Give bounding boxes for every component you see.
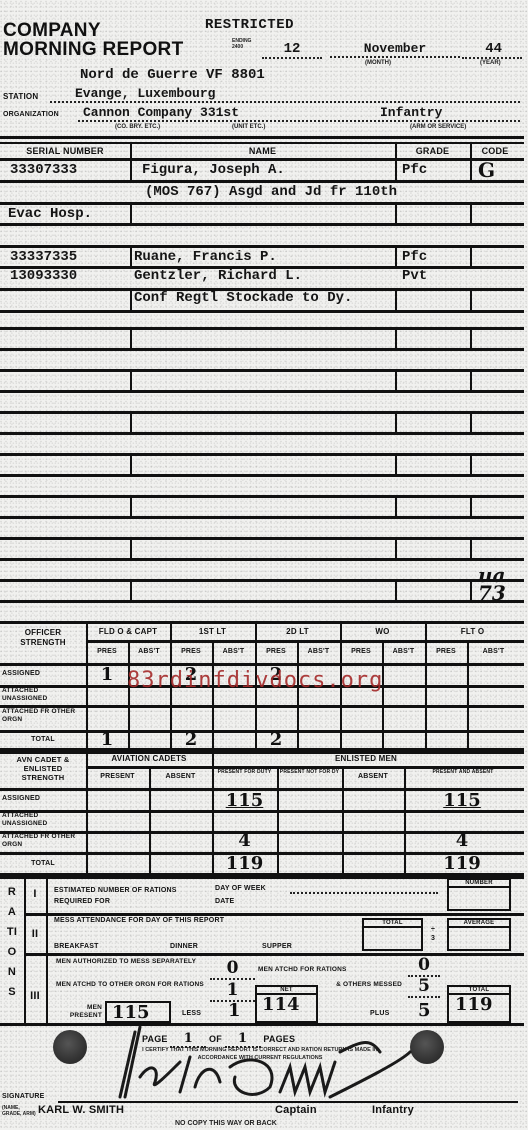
roster-grade: Pfc: [402, 249, 427, 265]
men-present-box: 115: [105, 1001, 171, 1023]
enlisted-attached-other-present-absent: 4: [404, 830, 520, 851]
officer-sub-pres: PRES: [340, 648, 382, 655]
officer-sub-pres: PRES: [425, 648, 467, 655]
roster-grade: Pfc: [402, 162, 427, 178]
men-present-label: MEN PRESENT: [54, 1004, 102, 1020]
watermark: 83rdinfdivdocs.org: [127, 668, 383, 693]
average-label: AVERAGE: [449, 920, 509, 928]
roster-serial: 33337335: [10, 249, 77, 265]
day-of-week-field[interactable]: [290, 886, 438, 894]
column-header-grade: GRADE: [395, 146, 470, 156]
plus-label: PLUS: [370, 1010, 389, 1017]
attached-other-orgn-value: 1: [210, 980, 255, 1002]
roster-serial: 33307333: [10, 162, 77, 178]
roster-name: Figura, Joseph A.: [142, 162, 285, 178]
enlisted-col-absent: ABSENT: [149, 773, 212, 780]
others-messed-value: 5: [408, 976, 440, 998]
officer-sub-abst: ABS'T: [467, 648, 520, 655]
org-sublabel-company: (CO. BRY. ETC.): [115, 124, 160, 130]
column-header-code: CODE: [470, 146, 520, 156]
enlisted-col-present-and-absent: PRESENT AND ABSENT: [406, 769, 520, 776]
organization-unit: Cannon Company 331st: [83, 105, 239, 120]
net-value: 114: [257, 995, 316, 1015]
officer-assigned-fld-pres: 1: [86, 664, 128, 685]
enlisted-col-present-duty: PRESENT FOR DUTY: [214, 769, 275, 776]
roster-grade: Pvt: [402, 268, 427, 284]
date-label: DATE: [215, 898, 234, 905]
rations-total-value: 119: [449, 995, 509, 1015]
signer-grade: Captain: [275, 1104, 317, 1116]
roster-serial: 13093330: [10, 268, 77, 284]
organization-value: Cannon Company 331st Infantry: [78, 105, 520, 122]
margin-annotation: ua 73: [478, 566, 528, 602]
date-day: 12: [262, 41, 322, 59]
authorized-separately-label: MEN AUTHORIZED TO MESS SEPARATELY: [56, 957, 206, 966]
net-box: NET 114: [255, 985, 318, 1023]
officer-total-2dlt-pres: 2: [255, 729, 297, 750]
officer-group-fld-capt: FLD O & CAPT: [86, 627, 170, 636]
others-messed-label: & OTHERS MESSED: [332, 980, 402, 989]
date-year: 44: [462, 41, 522, 59]
officer-strength-title: OFFICER STRENGTH: [4, 628, 82, 648]
rations-side-label: RATIONS: [6, 882, 18, 1002]
day-of-week-label: DAY OF WEEK: [215, 885, 266, 892]
roster-name: Ruane, Francis P.: [134, 249, 277, 265]
signature-label: SIGNATURE: [2, 1093, 45, 1100]
signature-scrawl: [80, 1022, 420, 1102]
rations-numeral-iii: III: [24, 990, 46, 1002]
men-present-value: 115: [107, 1003, 169, 1023]
column-header-serial: SERIAL NUMBER: [0, 146, 130, 156]
organization-label: ORGANIZATION: [3, 111, 59, 118]
form-title-morning-report: MORNING REPORT: [3, 40, 183, 59]
officer-sub-pres: PRES: [86, 648, 128, 655]
enlisted-row-attached-unassigned: ATTACHED UNASSIGNED: [2, 812, 82, 828]
officer-group-flt-o: FLT O: [425, 627, 520, 636]
officer-row-attached-unassigned: ATTACHED UNASSIGNED: [2, 687, 82, 703]
officer-sub-pres: PRES: [255, 648, 297, 655]
plus-value: 5: [418, 1000, 431, 1021]
signature-sublabel: (NAME, GRADE, ARM): [2, 1105, 38, 1117]
enlisted-assigned-present-absent: 115: [404, 790, 520, 811]
rations-numeral-ii: II: [24, 928, 46, 940]
number-box-label: NUMBER: [449, 880, 509, 888]
officer-row-assigned: ASSIGNED: [2, 670, 40, 677]
authorized-separately-value: 0: [210, 958, 255, 980]
meal-breakfast: BREAKFAST: [54, 943, 99, 950]
enlisted-attached-other-present-duty: 4: [212, 830, 277, 851]
enlisted-men-group: ENLISTED MEN: [212, 754, 520, 763]
date-year-sublabel: (YEAR): [480, 60, 501, 66]
attached-other-orgn-label: MEN ATCHD TO OTHER ORGN FOR RATIONS: [56, 980, 206, 989]
aviation-cadets-group: AVIATION CADETS: [86, 754, 212, 763]
enlisted-row-assigned: ASSIGNED: [2, 795, 40, 802]
enlisted-col-present-not-duty: PRESENT NOT FOR DY: [279, 769, 340, 776]
officer-sub-abst: ABS'T: [382, 648, 425, 655]
enlisted-total-present-absent: 119: [404, 853, 520, 874]
classification-stamp: RESTRICTED: [205, 17, 294, 33]
signer-arm: Infantry: [372, 1104, 414, 1116]
mess-total-label: TOTAL: [364, 920, 421, 928]
enlisted-assigned-present-duty: 115: [212, 790, 277, 811]
officer-total-1stlt-pres: 2: [170, 729, 212, 750]
roster-remark: (MOS 767) Asgd and Jd fr 110th: [145, 184, 397, 200]
map-location: Nord de Guerre VF 8801: [80, 67, 265, 83]
roster-code: G: [478, 158, 495, 182]
officer-group-1st-lt: 1ST LT: [170, 627, 255, 636]
ending-label: ENDING 2400: [232, 38, 254, 50]
atchd-for-rations-label: MEN ATCHD FOR RATIONS: [258, 966, 347, 973]
mess-total-box: TOTAL: [362, 918, 423, 951]
enlisted-strength-title: AVN CADET & ENLISTED STRENGTH: [4, 755, 82, 782]
org-sublabel-arm: (ARM OR SERVICE): [410, 124, 466, 130]
rations-total-box: TOTAL 119: [447, 985, 511, 1023]
enlisted-col-absent: ABSENT: [342, 773, 404, 780]
officer-sub-abst: ABS'T: [128, 648, 170, 655]
meal-supper: SUPPER: [262, 943, 292, 950]
less-label: LESS: [182, 1010, 201, 1017]
station-value: Evange, Luxembourg: [50, 86, 520, 103]
officer-group-2d-lt: 2D LT: [255, 627, 340, 636]
signer-name: KARL W. SMITH: [38, 1104, 124, 1116]
number-box: NUMBER: [447, 878, 511, 911]
organization-arm: Infantry: [380, 105, 442, 120]
enlisted-row-attached-other: ATTACHED FR OTHER ORGN: [2, 833, 82, 849]
meal-dinner: DINNER: [170, 943, 198, 950]
mess-attendance-label: MESS ATTENDANCE FOR DAY OF THIS REPORT: [54, 917, 224, 924]
average-box: AVERAGE: [447, 918, 511, 951]
column-header-name: NAME: [130, 146, 395, 156]
bottom-note: NO COPY THIS WAY OR BACK: [175, 1120, 277, 1127]
less-value: 1: [228, 1000, 241, 1021]
officer-sub-pres: PRES: [170, 648, 212, 655]
rations-numeral-i: I: [24, 888, 46, 900]
station-label: STATION: [3, 92, 38, 101]
atchd-for-rations-value: 0: [408, 955, 440, 977]
roster-remark-continued: Evac Hosp.: [8, 206, 92, 222]
roster-name: Gentzler, Richard L.: [134, 268, 302, 284]
officer-row-attached-other: ATTACHED FR OTHER ORGN: [2, 708, 82, 724]
date-month: November: [330, 41, 460, 58]
divide-by-three: ÷ 3: [428, 925, 438, 943]
enlisted-row-total: TOTAL: [0, 860, 86, 867]
officer-sub-abst: ABS'T: [297, 648, 340, 655]
officer-sub-abst: ABS'T: [212, 648, 255, 655]
org-sublabel-unit: (UNIT ETC.): [232, 124, 265, 130]
enlisted-total-present-duty: 119: [212, 853, 277, 874]
form-title-company: COMPANY: [3, 21, 101, 40]
officer-total-fld-pres: 1: [86, 729, 128, 750]
officer-group-wo: WO: [340, 627, 425, 636]
rations-required-label: ESTIMATED NUMBER OF RATIONS REQUIRED FOR: [54, 885, 194, 907]
date-month-sublabel: (MONTH): [365, 60, 391, 66]
officer-row-total: TOTAL: [0, 736, 86, 743]
enlisted-col-present: PRESENT: [86, 773, 149, 780]
roster-remark: Conf Regtl Stockade to Dy.: [134, 290, 352, 306]
